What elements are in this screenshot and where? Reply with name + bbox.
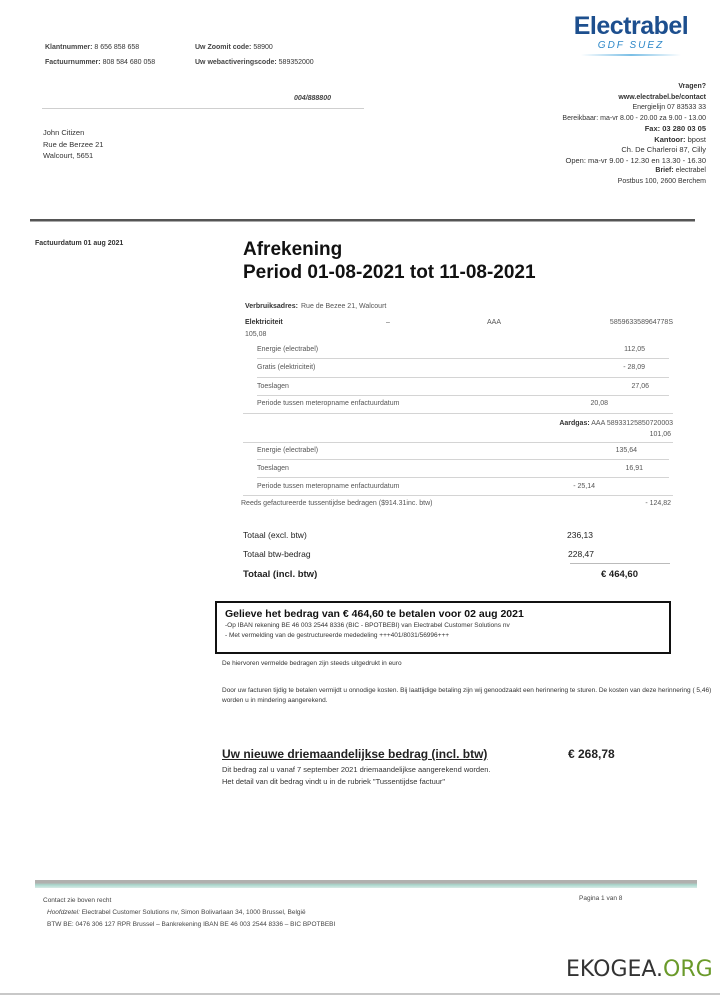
contact-energy-line: Energielijn 07 83533 33 [562, 103, 706, 114]
bottom-divider [0, 993, 720, 995]
footer-contact: Contact zie boven recht [43, 895, 335, 907]
late-payment-note: Door uw facturen tijdig te betalen vermi… [222, 686, 712, 706]
total-vat-value: 228,47 [568, 549, 594, 559]
header-divider [30, 219, 695, 221]
account-row: Factuurnummer: 808 584 680 058 Uw webact… [45, 55, 314, 70]
recipient-address: John Citizen Rue de Berzee 21 Walcourt, … [43, 127, 103, 162]
consumption-address-label: Verbruiksadres: [245, 303, 298, 310]
line-item-label: Energie (electrabel) [257, 447, 318, 454]
account-row: Klantnummer: 8 656 858 658 Uw Zoomit cod… [45, 40, 314, 55]
payment-instructions-box: Gelieve het bedrag van € 464,60 te betal… [215, 601, 671, 654]
recipient-city: Walcourt, 5651 [43, 150, 103, 162]
total-vat-label: Totaal btw-bedrag [243, 549, 311, 559]
line-item-value: 16,91 [625, 465, 643, 472]
payment-iban-line: -Op IBAN rekening BE 46 003 2544 8336 (B… [225, 621, 661, 631]
watermark: EKOGEA.ORG [566, 957, 713, 982]
details-table: Verbruiksadres: Rue de Bezee 21, Walcour… [243, 300, 673, 515]
title-line-1: Afrekening [243, 238, 536, 261]
contact-web[interactable]: www.electrabel.be/contact [562, 93, 706, 104]
footer-vat: BTW BE: 0476 306 127 RPR Brussel – Bankr… [43, 919, 335, 931]
web-activation-code: 589352000 [279, 59, 314, 66]
invoice-date: Factuurdatum 01 aug 2021 [35, 240, 123, 247]
quarterly-title: Uw nieuwe driemaandelijkse bedrag (incl.… [222, 747, 487, 761]
euro-note: De hiervoren vermelde bedragen zijn stee… [222, 659, 712, 669]
office-label: Kantoor: [654, 135, 685, 144]
quarterly-text: Dit bedrag zal u vanaf 7 september 2021 … [222, 764, 491, 788]
line-item-value: 135,64 [616, 447, 637, 454]
electricity-ean: 585963358964778S [610, 319, 673, 326]
electrabel-logo: Electrabel GDF SUEZ [566, 12, 696, 56]
row-divider [243, 495, 673, 496]
row-divider [257, 395, 669, 396]
customer-number: 8 656 858 658 [94, 44, 139, 51]
footer-bar [35, 880, 697, 888]
electricity-code: AAA [487, 319, 501, 326]
web-activation-code-label: Uw webactiveringscode: [195, 59, 277, 66]
total-excl-value: 236,13 [567, 530, 593, 540]
totals-divider [570, 563, 670, 564]
document-title: Afrekening Period 01-08-2021 tot 11-08-2… [243, 238, 536, 284]
contact-reachable: Bereikbaar: ma-vr 8.00 - 20.00 za 9.00 -… [562, 114, 706, 125]
title-line-2: Period 01-08-2021 tot 11-08-2021 [243, 261, 536, 284]
quarterly-line-2: Het detail van dit bedrag vindt u in de … [222, 776, 491, 788]
electricity-subtotal: 105,08 [245, 331, 266, 338]
recipient-name: John Citizen [43, 127, 103, 139]
line-item-value: 20,08 [590, 400, 608, 407]
logo-text: Electrabel [566, 12, 696, 40]
gas-subtotal: 101,06 [650, 431, 671, 438]
contact-block: Vragen? www.electrabel.be/contact Energi… [562, 82, 706, 187]
electricity-dash: – [386, 319, 390, 326]
total-incl-value: € 464,60 [601, 569, 638, 580]
watermark-accent: ORG [663, 957, 713, 982]
total-incl-label: Totaal (incl. btw) [243, 569, 317, 580]
logo-subtext: GDF SUEZ [566, 40, 696, 52]
line-item-value: - 28,09 [623, 364, 645, 371]
line-item-value: - 25,14 [573, 483, 595, 490]
watermark-main: EKOGEA. [566, 957, 663, 982]
gas-ean: 58933125850720003 [607, 420, 673, 427]
logo-swoosh [581, 54, 681, 56]
footer: Contact zie boven recht Hoofdzetel: Elec… [43, 895, 335, 931]
line-item-value: 27,06 [631, 383, 649, 390]
line-item-value: 112,05 [624, 346, 645, 353]
already-invoiced-value: - 124,82 [645, 500, 671, 507]
line-item-label: Periode tussen meteropname enfactuurdatu… [257, 483, 399, 490]
reference-number: 004/888800 [294, 95, 331, 102]
contact-fax: Fax: 03 280 03 05 [562, 124, 706, 135]
row-divider [257, 477, 669, 478]
gas-code: AAA [591, 420, 605, 427]
letter-label: Brief: [655, 167, 673, 174]
line-item-label: Periode tussen meteropname enfactuurdatu… [257, 400, 399, 407]
zoomit-code-label: Uw Zoomit code: [195, 44, 251, 51]
postbox: Postbus 100, 2600 Berchem [562, 177, 706, 188]
electricity-label: Elektriciteit [245, 319, 283, 326]
quarterly-line-1: Dit bedrag zal u vanaf 7 september 2021 … [222, 764, 491, 776]
payment-reference-line: - Met vermelding van de gestructureerde … [225, 631, 661, 641]
recipient-street: Rue de Berzee 21 [43, 139, 103, 151]
office-address: Ch. De Charleroi 87, Cilly [562, 145, 706, 156]
office-hours: Open: ma-vr 9.00 - 12.30 en 13.30 - 16.3… [562, 156, 706, 167]
row-divider [257, 377, 669, 378]
quarterly-amount: € 268,78 [568, 747, 615, 761]
page-number: Pagina 1 van 8 [579, 895, 622, 902]
gas-label: Aardgas: [559, 420, 589, 427]
already-invoiced-label: Reeds gefactureerde tussentijdse bedrage… [241, 500, 432, 507]
row-divider [243, 413, 673, 414]
invoice-number: 808 584 680 058 [103, 59, 156, 66]
contact-question: Vragen? [562, 82, 706, 93]
office-value: bpost [688, 135, 706, 144]
hq-label: Hoofdzetel: [47, 909, 80, 916]
total-excl-label: Totaal (excl. btw) [243, 530, 307, 540]
zoomit-code: 58900 [253, 44, 272, 51]
payment-title: Gelieve het bedrag van € 464,60 te betal… [225, 607, 661, 621]
line-item-label: Gratis (elektriciteit) [257, 364, 315, 371]
account-info: Klantnummer: 8 656 858 658 Uw Zoomit cod… [45, 40, 314, 70]
customer-number-label: Klantnummer: [45, 44, 92, 51]
row-divider [257, 358, 669, 359]
invoice-number-label: Factuurnummer: [45, 59, 101, 66]
row-divider [243, 442, 673, 443]
row-divider [257, 459, 669, 460]
line-item-label: Toeslagen [257, 383, 289, 390]
line-item-label: Energie (electrabel) [257, 346, 318, 353]
consumption-address: Rue de Bezee 21, Walcourt [301, 303, 386, 310]
letter-value: electrabel [676, 167, 706, 174]
hq-address: Electrabel Customer Solutions nv, Simon … [82, 909, 306, 916]
line-item-label: Toeslagen [257, 465, 289, 472]
reference-divider [42, 108, 364, 109]
